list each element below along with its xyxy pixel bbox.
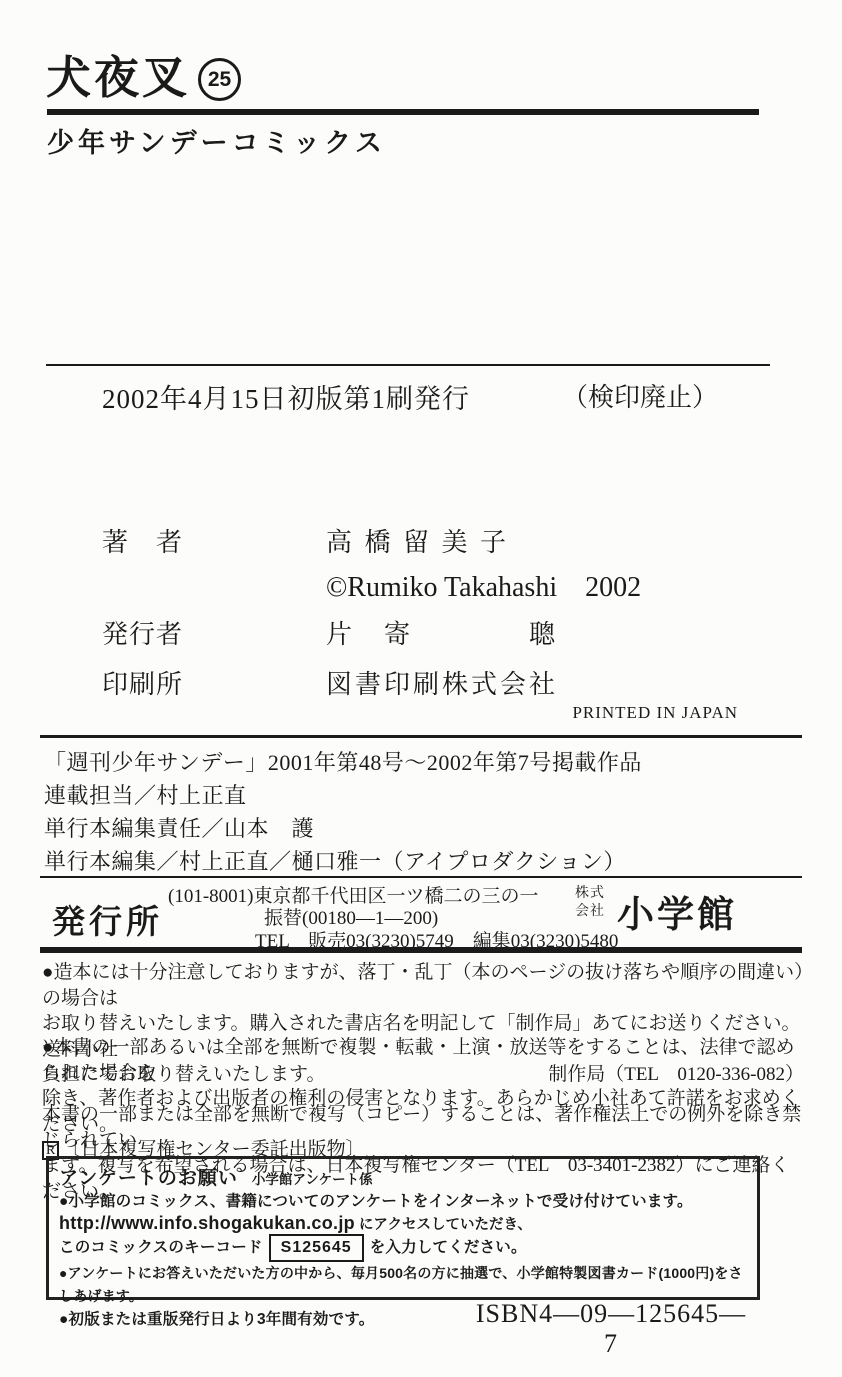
- survey-request-box: アンケートのお願い 小学館アンケート係 ●小学館のコミックス、書籍についてのアン…: [46, 1156, 760, 1300]
- serialization-magazine-line: 「週刊少年サンデー」2001年第48号～2002年第7号掲載作品: [44, 746, 642, 777]
- survey-title: アンケートのお願い: [59, 1163, 238, 1190]
- publisher-postal-code: (101-8001): [168, 886, 253, 907]
- printer-name: 図書印刷株式会社: [326, 664, 558, 701]
- survey-department: 小学館アンケート係: [252, 1168, 373, 1188]
- edition-date: 2002年4月15日初版第1刷発行: [102, 377, 470, 416]
- serialization-chief-editor-line: 単行本編集責任／山本 護: [44, 812, 314, 843]
- series-name: 少年サンデーコミックス: [47, 121, 386, 160]
- edition-rule: [46, 364, 770, 366]
- title-block: 犬夜叉 25: [46, 54, 241, 101]
- volume-number: 25: [208, 69, 231, 90]
- corporation-prefix: 株式 会社: [575, 885, 605, 920]
- survey-keycode-suffix: を入力してください。: [370, 1236, 527, 1260]
- printer-label: 印刷所: [102, 664, 183, 701]
- corporation-prefix-top: 株式: [575, 885, 605, 903]
- survey-url: http://www.info.shogakukan.co.jp: [59, 1213, 355, 1234]
- survey-url-row: http://www.info.shogakukan.co.jp にアクセスして…: [59, 1213, 747, 1234]
- corporation-prefix-bottom: 会社: [575, 903, 605, 921]
- copyright-line: ©Rumiko Takahashi 2002: [326, 565, 641, 605]
- publisher-label: 発行者: [102, 614, 183, 651]
- printed-in-japan-note: PRINTED IN JAPAN: [556, 703, 738, 723]
- publisher-name: 片 寄 聰: [326, 614, 558, 651]
- returns-line-1: ●造本には十分注意しておりますが、落丁・乱丁（本のページの抜け落ちや順序の間違い…: [42, 960, 804, 1011]
- serialization-bottom-rule: [40, 876, 802, 878]
- title-rule: [47, 109, 759, 115]
- survey-url-suffix: にアクセスしていただき、: [359, 1213, 532, 1234]
- colophon-page: 犬夜叉 25 少年サンデーコミックス 2002年4月15日初版第1刷発行 （検印…: [0, 0, 842, 1377]
- book-title: 犬夜叉: [46, 55, 190, 100]
- serialization-editor-line: 連載担当／村上正直: [44, 779, 247, 810]
- survey-keycode-row: このコミックスのキーコード S125645 を入力してください。: [59, 1234, 747, 1262]
- survey-line-1: ●小学館のコミックス、書籍についてのアンケートをインターネットで受け付けています…: [59, 1190, 747, 1213]
- volume-badge: 25: [198, 58, 241, 101]
- copyright-line-1: ●本書の一部あるいは全部を無断で複製・転載・上演・放送等をすることは、法律で認め…: [42, 1035, 804, 1086]
- edition-note: （検印廃止）: [562, 377, 718, 414]
- reproduction-line-1: 本書の一部または全部を無断で複写（コピー）することは、著作権法上での例外を除き禁…: [42, 1102, 804, 1153]
- author-label: 著 者: [102, 522, 183, 559]
- survey-keycode: S125645: [269, 1234, 364, 1262]
- publishing-office-label: 発行所: [52, 896, 163, 943]
- serialization-top-rule: [40, 735, 802, 738]
- survey-keycode-prefix: このコミックスのキーコード: [59, 1236, 263, 1260]
- publisher-company-name: 小学館: [617, 884, 737, 938]
- isbn-number: ISBN4—09—125645—7: [470, 1299, 752, 1359]
- serialization-volume-editor-line: 単行本編集／村上正直／樋口雅一（アイプロダクション）: [44, 845, 626, 876]
- publisher-bottom-rule: [40, 947, 802, 953]
- author-name: 高 橋 留 美 子: [326, 522, 509, 559]
- survey-header-row: アンケートのお願い 小学館アンケート係: [59, 1163, 747, 1190]
